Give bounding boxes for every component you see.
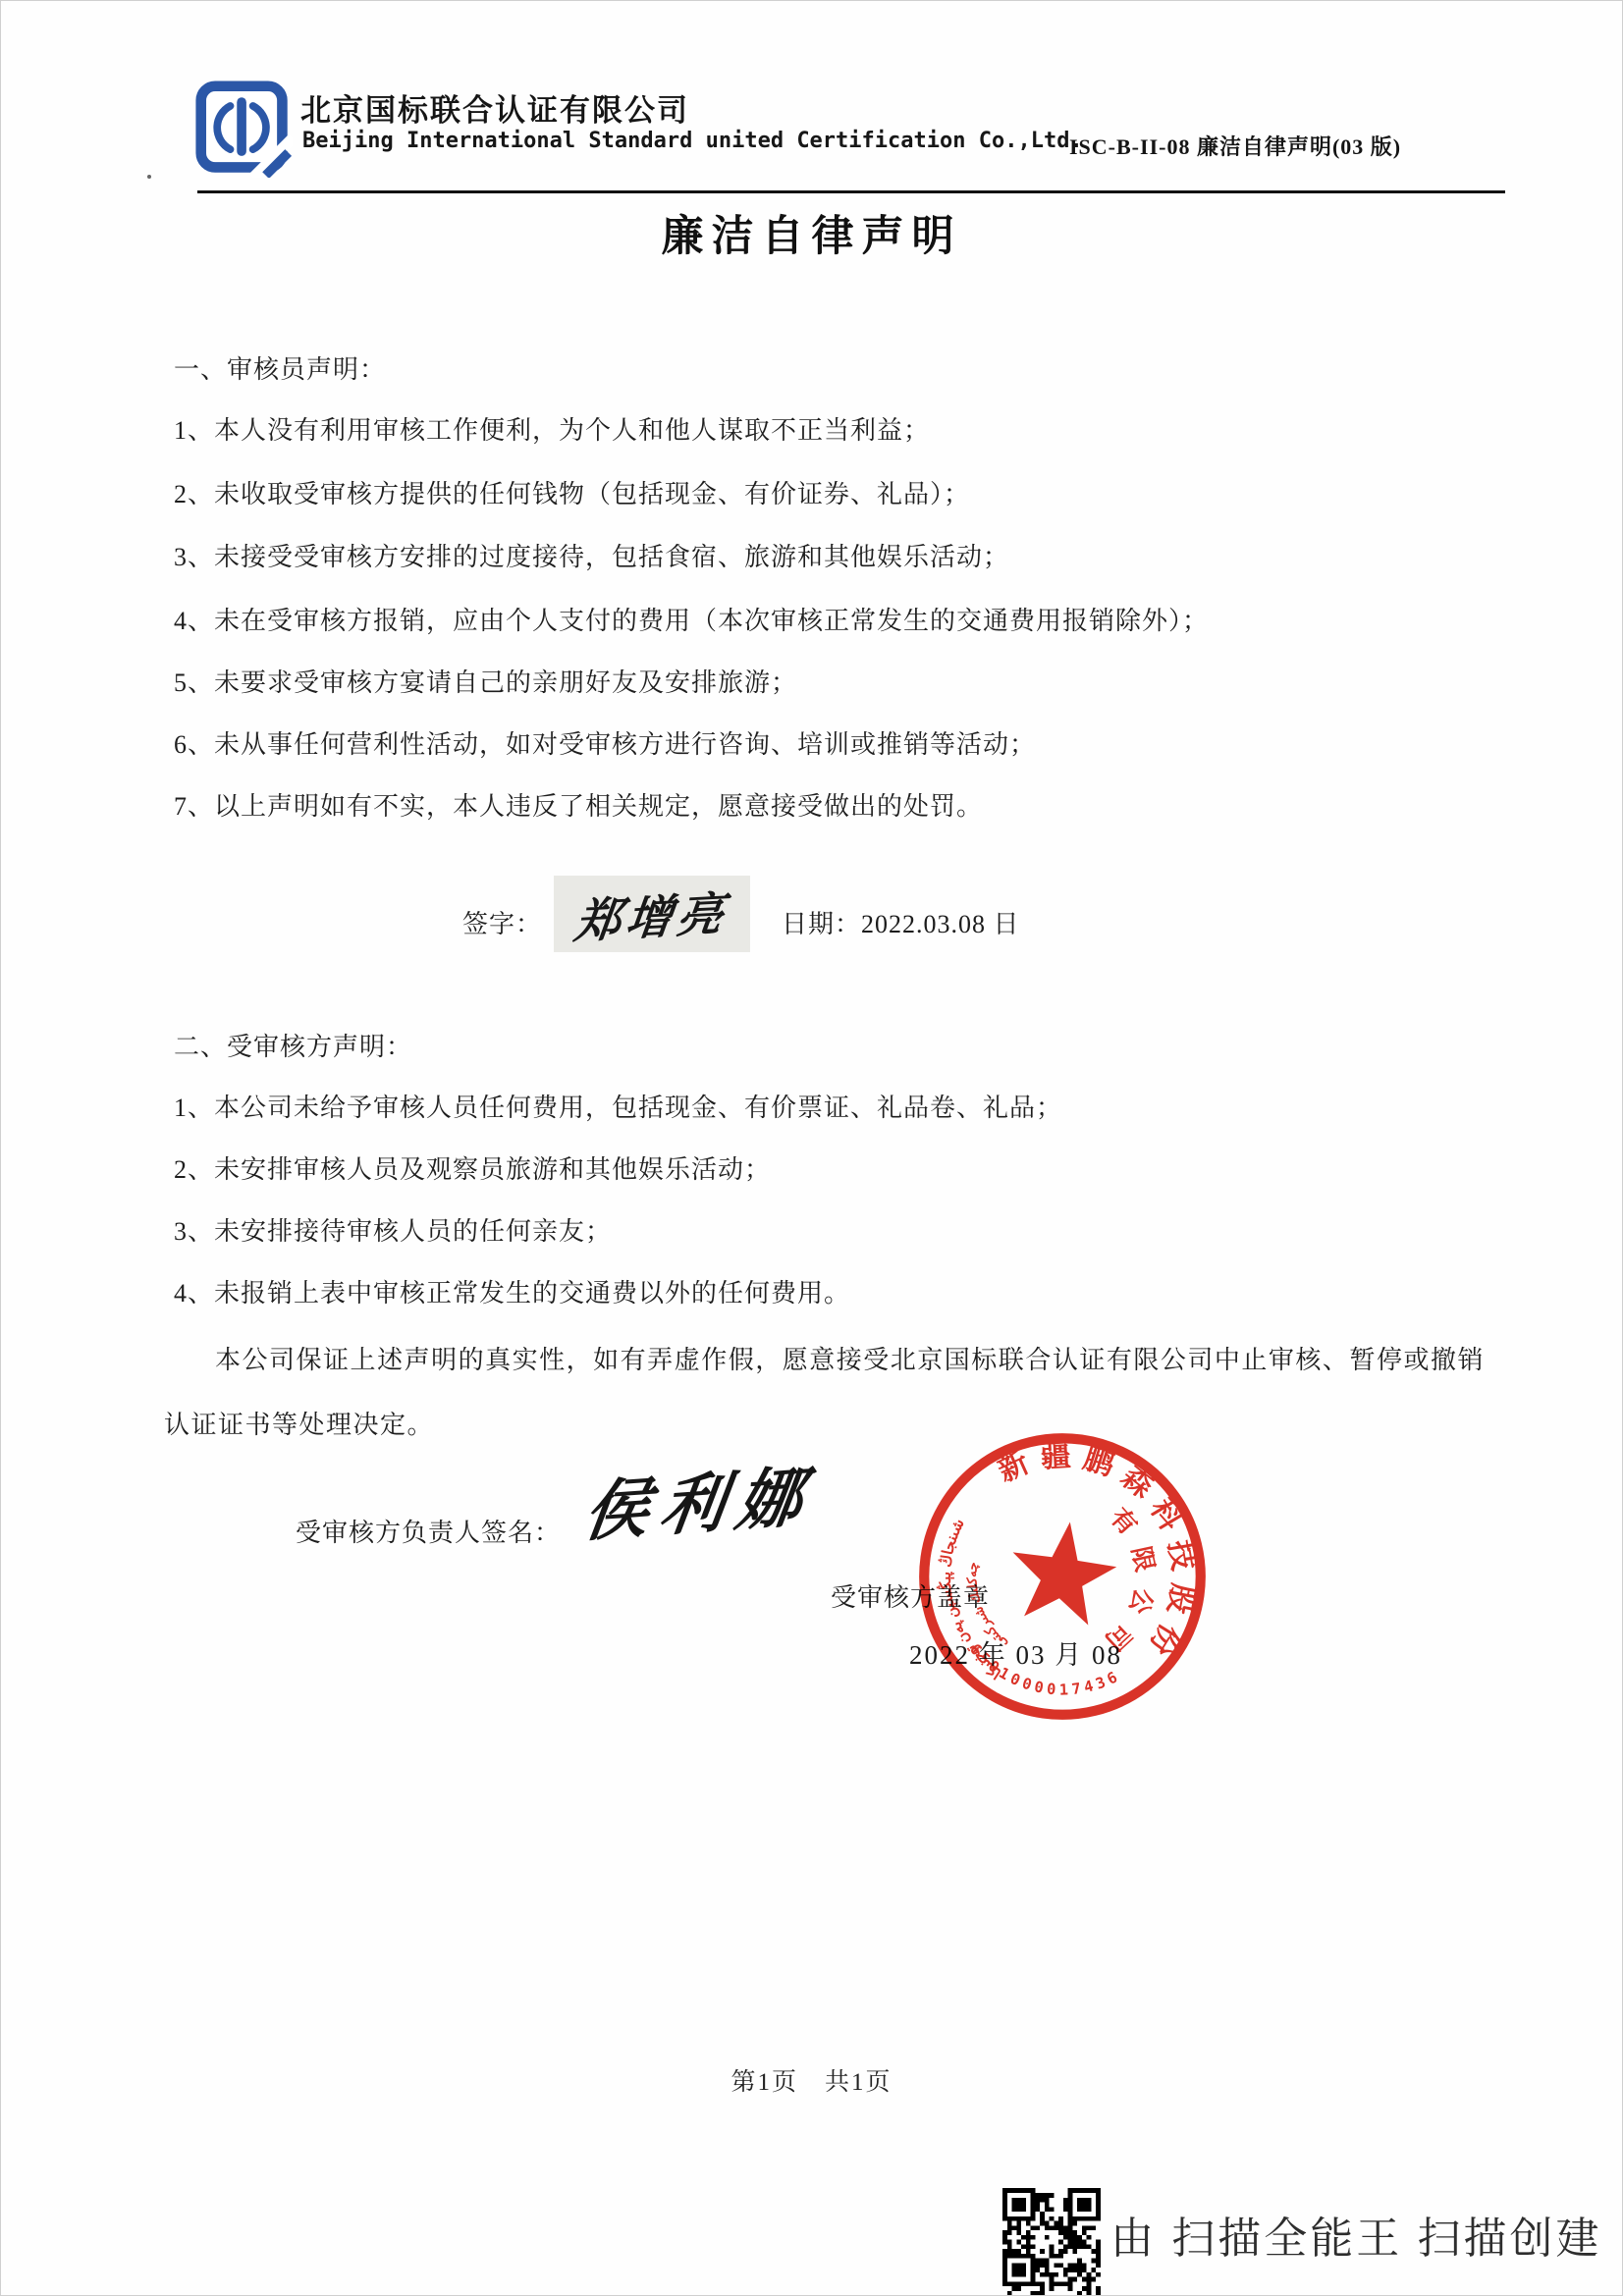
declaration-item: 7、以上声明如有不实，本人违反了相关规定，愿意接受做出的处罚。 <box>174 789 1494 825</box>
declaration-item: 1、本人没有利用审核工作便利，为个人和他人谋取不正当利益； <box>174 413 1494 449</box>
declaration-item: 3、未安排接待审核人员的任何亲友； <box>174 1214 1494 1250</box>
header-rule <box>197 190 1505 193</box>
scanned-document-page: 北京国标联合认证有限公司 Beijing International Stand… <box>0 0 1623 2296</box>
seal-label: 受审核方盖章 <box>831 1577 990 1614</box>
svg-text:新疆鹏森科技股份: 新疆鹏森科技股份 <box>968 1428 1213 1664</box>
scan-artifact-dot <box>147 175 151 179</box>
declaration-item: 1、本公司未给予审核人员任何费用，包括现金、有价票证、礼品卷、礼品； <box>174 1091 1494 1126</box>
declaration-item: 5、未要求受审核方宴请自己的亲朋好友及安排旅游； <box>174 666 1494 701</box>
scanner-credit: 由 扫描全能王 扫描创建 <box>1110 2203 1601 2266</box>
page-title: 廉洁自律声明 <box>1 203 1622 263</box>
declaration-item: 2、未收取受审核方提供的任何钱物（包括现金、有价证券、礼品）； <box>174 477 1494 512</box>
auditor-signature-patch: 郑增亮 <box>554 876 750 952</box>
auditor-sign-label: 签字： <box>462 904 542 940</box>
declaration-item: 4、未报销上表中审核正常发生的交通费以外的任何费用。 <box>174 1276 1494 1311</box>
declaration-item: 4、未在受审核方报销，应由个人支付的费用（本次审核正常发生的交通费用报销除外）； <box>174 604 1494 639</box>
seal-star-icon <box>1004 1515 1122 1628</box>
section1-heading: 一、审核员声明： <box>174 352 1494 388</box>
company-logo-icon <box>194 80 293 178</box>
rep-sign-label: 受审核方负责人签名： <box>296 1513 561 1549</box>
company-name-cn: 北京国标联合认证有限公司 <box>300 85 689 130</box>
document-code: ISC-B-II-08 廉洁自律声明(03 版) <box>1069 131 1401 161</box>
auditor-sign-date: 日期：2022.03.08 日 <box>782 904 1020 940</box>
auditor-signature: 郑增亮 <box>571 877 732 951</box>
declaration-item: 2、未安排审核人员及观察员旅游和其他娱乐活动； <box>174 1152 1494 1188</box>
qr-code <box>1002 2188 1101 2296</box>
page-number: 第1页 共1页 <box>1 2062 1622 2098</box>
section2-heading: 二、受审核方声明： <box>174 1030 1494 1065</box>
declaration-item: 6、未从事任何营利性活动，如对受审核方进行咨询、培训或推销等活动； <box>174 727 1494 763</box>
rep-signature: 侯利娜 <box>579 1443 822 1554</box>
seal-date: 2022 年 03 月 08 <box>909 1633 1122 1672</box>
declaration-item: 3、未接受受审核方安排的过度接待，包括食宿、旅游和其他娱乐活动； <box>174 540 1494 575</box>
company-name-en: Beijing International Standard united Ce… <box>302 129 1083 153</box>
seal-company-outer: 新疆鹏森科技股份 <box>968 1428 1213 1664</box>
company-seal: 新疆鹏森科技股份 有限公司 شىنجاڭ پېڭسېن پەن تېخنىكا … <box>912 1426 1213 1727</box>
closing-paragraph: 本公司保证上述声明的真实性，如有弄虚作假，愿意接受北京国标联合认证有限公司中止审… <box>164 1328 1485 1458</box>
